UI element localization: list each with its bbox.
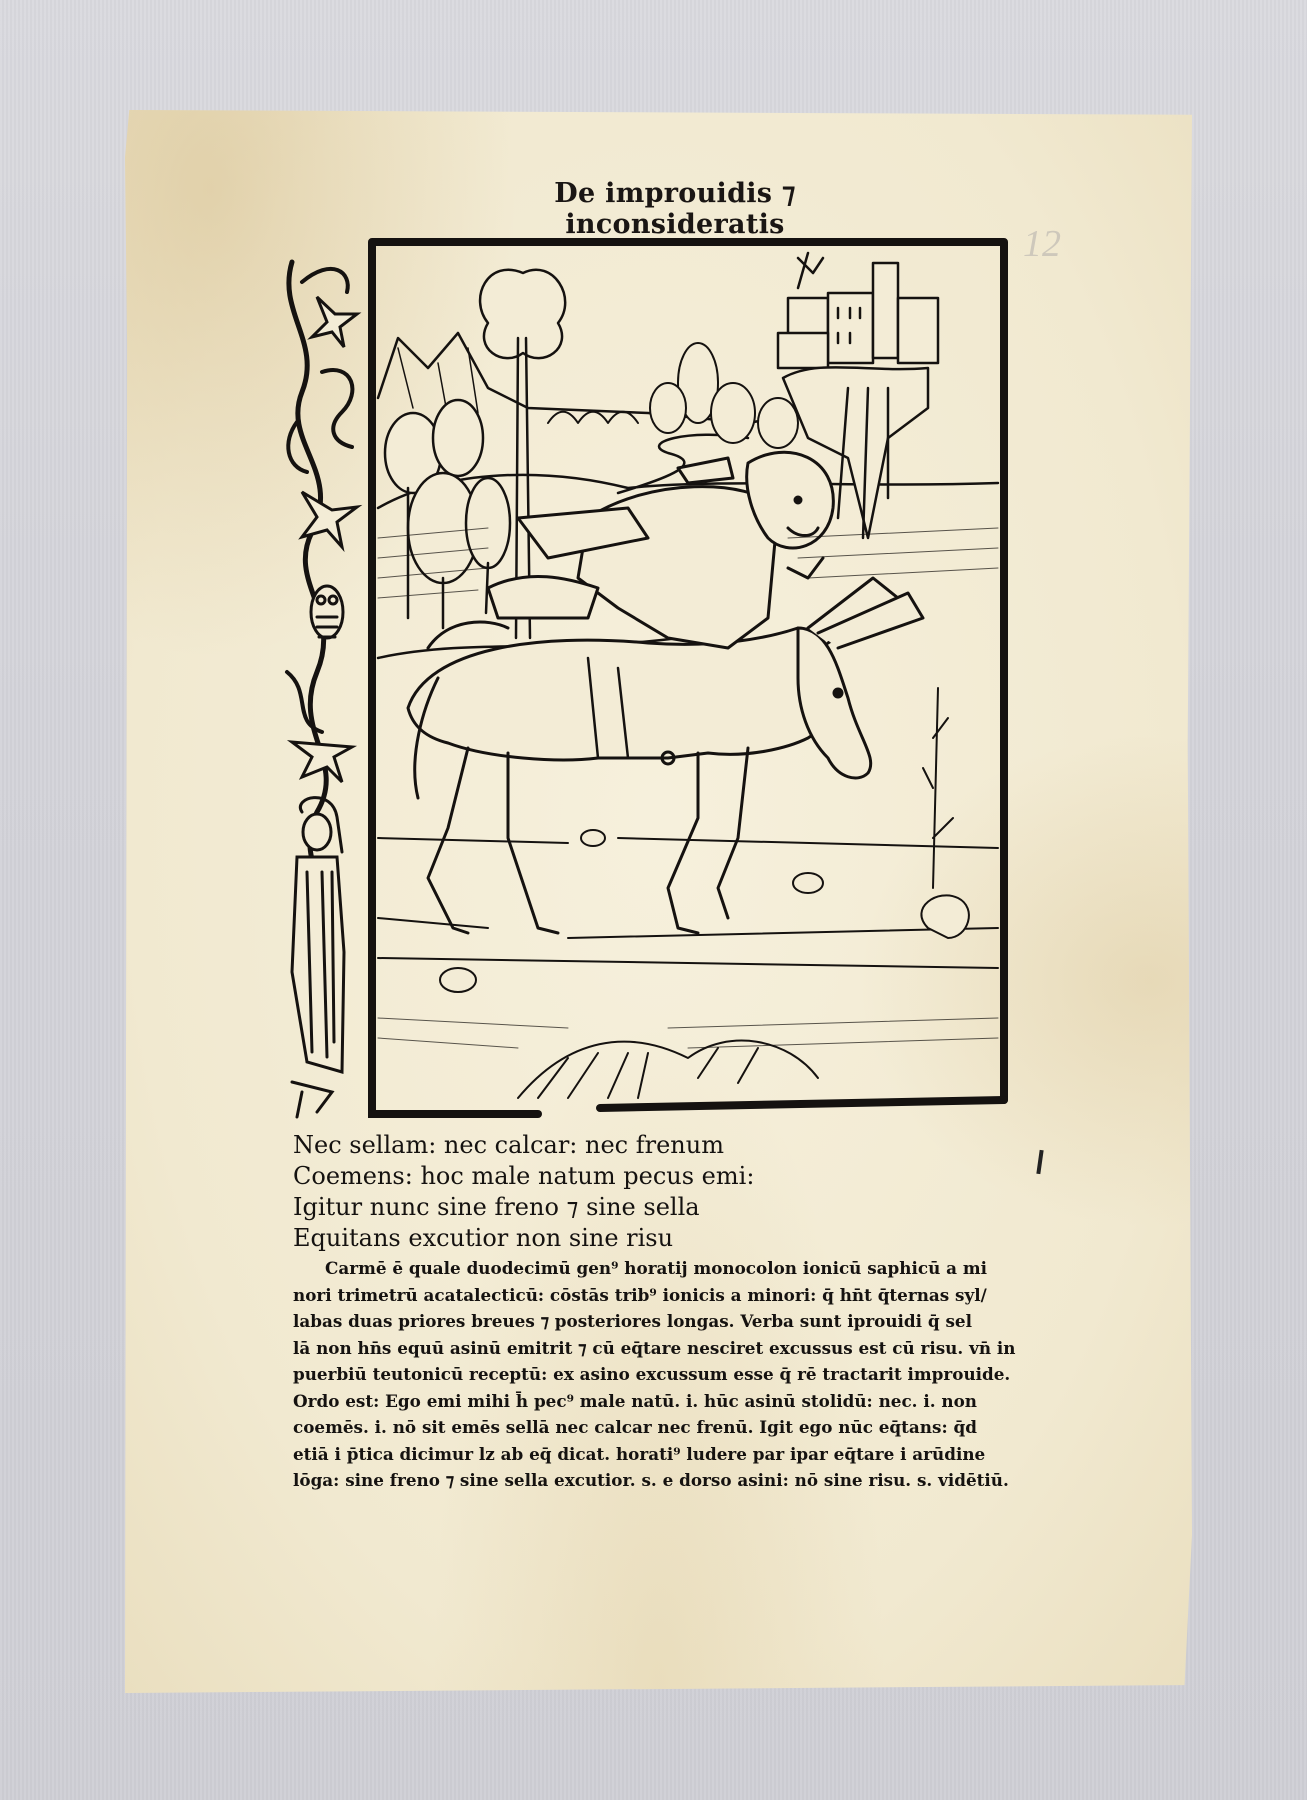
woodcut-illustration (368, 238, 1008, 1118)
bushes (548, 343, 798, 448)
commentary-line: lōga: sine freno ⁊ sine sella excutior. … (293, 1467, 1023, 1494)
flower-icon (312, 297, 357, 347)
verse-line: Coemens: hoc male natum pecus emi: (293, 1161, 793, 1192)
commentary-line: puerbiū teutonicū receptū: ex asino excu… (293, 1361, 1023, 1388)
pencil-folio-number: 12 (1023, 222, 1061, 266)
commentary-line: nori trimetrū acatalecticū: cōstās trib⁹… (293, 1282, 1023, 1309)
owl-icon (311, 586, 343, 638)
commentary-line: lā non hn̄s equū asinū emitrit ⁊ cū eq̄t… (293, 1335, 1023, 1362)
commentary-line: labas duas priores breues ⁊ posteriores … (293, 1308, 1023, 1335)
border-vine-ornament (272, 252, 366, 1122)
commentary-block: Carmē ē quale duodecimū gen⁹ horatij mon… (293, 1255, 1023, 1494)
commentary-line: Ordo est: Ego emi mihi h̄ pec⁹ male natū… (293, 1388, 1023, 1415)
verse-line: Igitur nunc sine freno ⁊ sine sella (293, 1192, 793, 1223)
commentary-line: coemēs. i. nō sit emēs sellā nec calcar … (293, 1414, 1023, 1441)
verse-block: Nec sellam: nec calcar: nec frenum Coeme… (293, 1130, 793, 1254)
commentary-line: etiā i p̄tica dicimur lz ab eq̄ dicat. h… (293, 1441, 1023, 1468)
verse-line: Equitans excutior non sine risu (293, 1223, 793, 1254)
running-title: De improuidis ⁊ inconsideratis (450, 178, 900, 240)
commentary-line: Carmē ē quale duodecimū gen⁹ horatij mon… (293, 1255, 1023, 1282)
hooded-figure-icon (292, 798, 344, 1117)
verse-line: Nec sellam: nec calcar: nec frenum (293, 1130, 793, 1161)
